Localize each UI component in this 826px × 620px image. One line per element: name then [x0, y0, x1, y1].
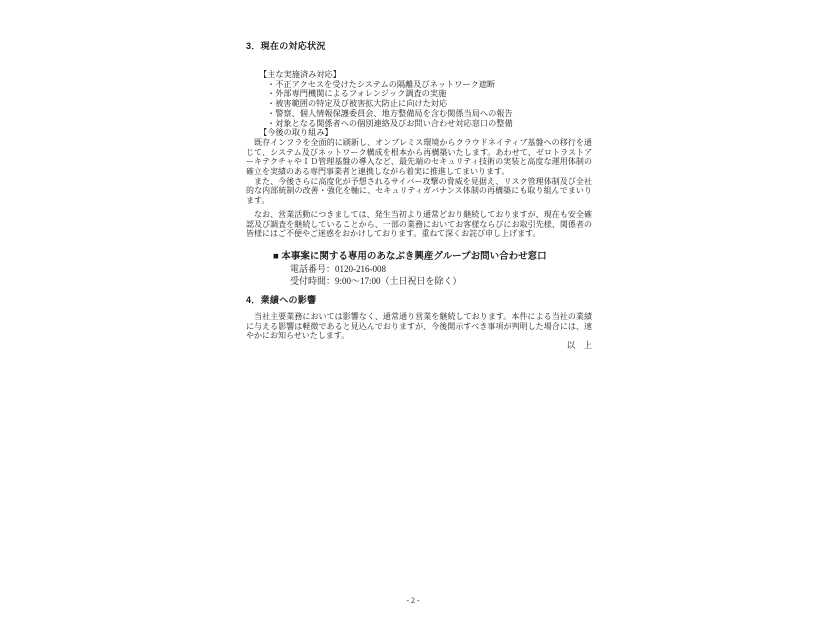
implemented-measures-label: 【主な実施済み対応】 — [259, 70, 592, 80]
document-page: 3．現在の対応状況 【主な実施済み対応】 ・不正アクセスを受けたシステムの隔離及… — [0, 0, 826, 620]
list-item: ・外部専門機関によるフォレンジック調査の実施 — [267, 89, 592, 99]
closing-mark: 以 上 — [246, 341, 592, 351]
future-paragraph-1: 既存インフラを全面的に刷新し、オンプレミス環境からクラウドネイティブ基盤への移行… — [246, 138, 592, 177]
impact-paragraph: 当社主要業務においては影響なく、通常通り営業を継続しております。本件による当社の… — [246, 312, 592, 341]
list-item: ・被害範囲の特定及び被害拡大防止に向けた対応 — [267, 99, 592, 109]
page-number: - 2 - — [0, 596, 826, 606]
list-item: ・警察、個人情報保護委員会、地方整備局を含む関係当局への報告 — [267, 109, 592, 119]
list-item: ・対象となる関係者への個別連絡及びお問い合わせ対応窓口の整備 — [267, 119, 592, 129]
section-4-heading: 4．業績への影響 — [246, 295, 592, 305]
list-item: ・不正アクセスを受けたシステムの隔離及びネットワーク遮断 — [267, 80, 592, 90]
contact-hours: 受付時間：9:00～17:00（土日祝日を除く） — [290, 275, 592, 287]
implemented-measures-list: ・不正アクセスを受けたシステムの隔離及びネットワーク遮断 ・外部専門機関によるフ… — [246, 80, 592, 129]
future-paragraph-2: また、今後さらに高度化が予想されるサイバー攻撃の脅威を見据え、リスク管理体制及び… — [246, 177, 592, 206]
page-content: 3．現在の対応状況 【主な実施済み対応】 ・不正アクセスを受けたシステムの隔離及… — [246, 41, 592, 351]
contact-phone-number: 電話番号：0120-216-008 — [290, 263, 592, 275]
future-initiatives-label: 【今後の取り組み】 — [259, 128, 592, 138]
section-3-heading: 3．現在の対応状況 — [246, 41, 592, 51]
business-continuity-note: なお、営業活動につきましては、発生当初より通常どおり継続しておりますが、現在も安… — [246, 210, 592, 239]
contact-block: ■ 本事案に関する専用のあなぶき興産グループお問い合わせ窓口 電話番号：0120… — [273, 251, 592, 287]
contact-heading: ■ 本事案に関する専用のあなぶき興産グループお問い合わせ窓口 — [273, 251, 592, 263]
